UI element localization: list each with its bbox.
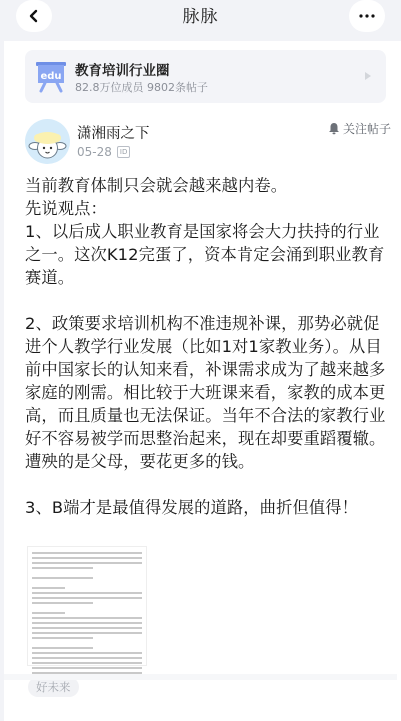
- circle-link[interactable]: edu 教育培训行业圈 82.8万位成员 9802条帖子: [25, 50, 386, 103]
- post-date: 05-28: [77, 145, 112, 159]
- post-paragraph: 当前教育体制只会就会越来越内卷。: [25, 174, 393, 197]
- triangle-right-icon: [364, 71, 372, 81]
- id-badge-icon: ID: [117, 146, 130, 158]
- sheep-avatar-icon: [25, 119, 70, 164]
- follow-label: 关注帖子: [343, 120, 391, 137]
- paragraph-spacer: [25, 473, 393, 496]
- author-name[interactable]: 潇湘雨之下: [77, 122, 150, 143]
- svg-text:edu: edu: [40, 71, 61, 82]
- post-card: edu 教育培训行业圈 82.8万位成员 9802条帖子 潇湘雨之下: [4, 41, 401, 721]
- more-options-button[interactable]: [349, 0, 385, 32]
- paragraph-spacer: [25, 289, 393, 312]
- post-paragraph: 先说观点：: [25, 197, 393, 220]
- post-paragraph: 2、政策要求培训机构不准违规补课，那势必就促进个人教学行业发展（比如1对1家教业…: [25, 312, 393, 473]
- page-title: 脉脉: [0, 2, 401, 27]
- post-paragraph: 1、以后成人职业教育是国家将会大力扶持的行业之一。这次K12完蛋了，资本肯定会涌…: [25, 220, 393, 289]
- post-content: 当前教育体制只会就会越来越内卷。 先说观点： 1、以后成人职业教育是国家将会大力…: [25, 174, 393, 519]
- post-meta: 05-28 ID: [77, 145, 130, 159]
- top-navigation-bar: 脉脉: [0, 0, 401, 40]
- circle-stats: 82.8万位成员 9802条帖子: [75, 79, 208, 95]
- more-dots-icon: [359, 14, 375, 18]
- edu-board-icon: edu: [36, 60, 66, 94]
- avatar[interactable]: [25, 119, 70, 164]
- section-divider: [4, 674, 397, 680]
- topic-tag[interactable]: 好未来: [28, 677, 79, 697]
- author-row: 潇湘雨之下 05-28 ID 关注帖子: [4, 115, 401, 171]
- bell-icon: [328, 122, 340, 135]
- circle-name: 教育培训行业圈: [75, 59, 170, 79]
- follow-post-button[interactable]: 关注帖子: [328, 120, 391, 137]
- document-thumbnail[interactable]: [27, 546, 147, 666]
- post-paragraph: 3、B端才是最值得发展的道路，曲折但值得！: [25, 496, 393, 519]
